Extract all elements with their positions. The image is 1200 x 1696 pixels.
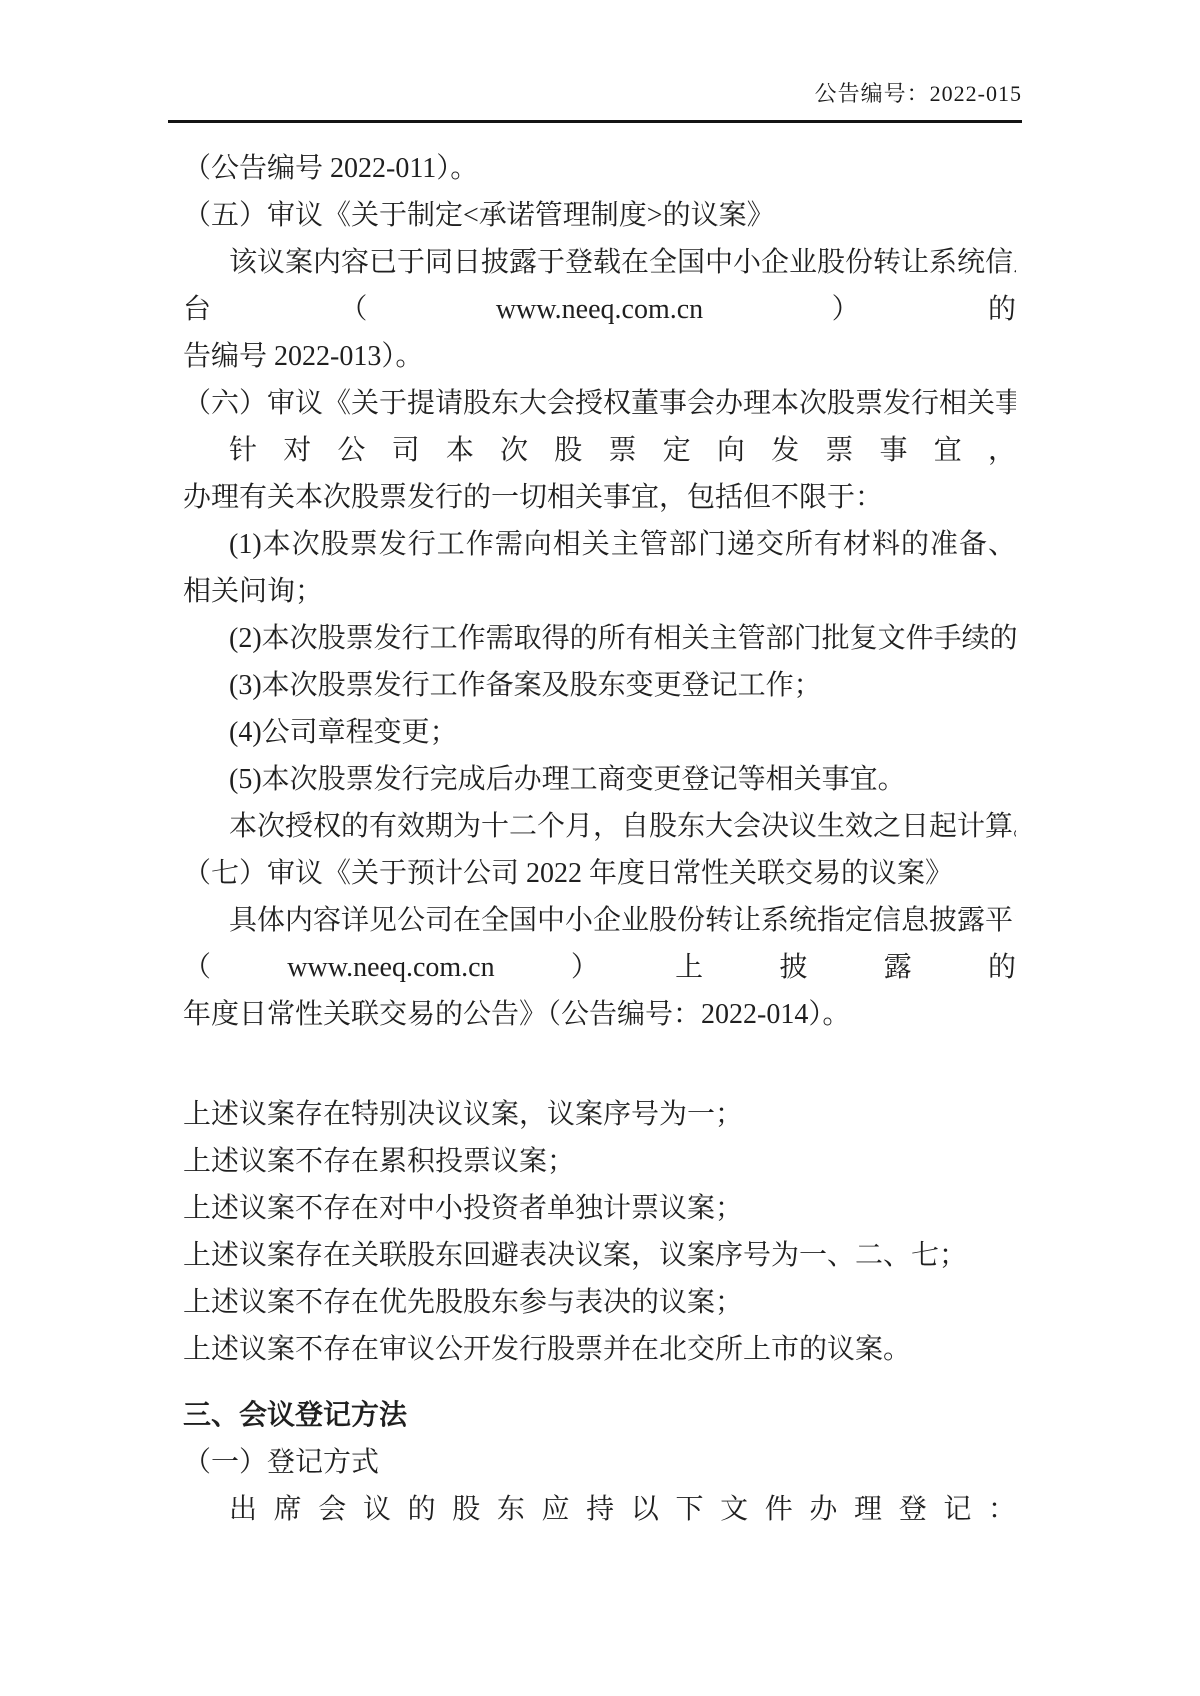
doc-line-3: 该议案内容已于同日披露于登载在全国中小企业股份转让系统信息披露平	[183, 239, 1016, 286]
doc-line-13: (4)公司章程变更；	[183, 709, 1016, 756]
doc-line-28: 出席会议的股东应持以下文件办理登记：自然人股东持本人身份证；由代理	[183, 1486, 1016, 1533]
doc-line-19: 年度日常性关联交易的公告》（公告编号：2022-014）。	[183, 991, 1016, 1038]
doc-line-6: （六）审议《关于提请股东大会授权董事会办理本次股票发行相关事宜的议案》	[183, 380, 1016, 427]
document-page: 公告编号：2022-015 （公告编号 2022-011）。 （五）审议《关于制…	[0, 0, 1200, 1696]
header-rule	[168, 120, 1022, 123]
doc-line-5: 告编号 2022-013）。	[183, 333, 1016, 380]
doc-line-4: 台（www.neeq.com.cn）的《河南秋乐种业科技股份有限公司承诺管理制度…	[183, 286, 1016, 333]
doc-line-20: 上述议案存在特别决议议案，议案序号为一；	[183, 1091, 1016, 1138]
doc-line-16: （七）审议《关于预计公司 2022 年度日常性关联交易的议案》	[183, 850, 1016, 897]
doc-line-24: 上述议案不存在优先股股东参与表决的议案；	[183, 1279, 1016, 1326]
announcement-number: 公告编号：2022-015	[815, 81, 1022, 106]
doc-line-7: 针对公司本次股票定向发票事宜，公司拟提请股东大会授权公司董事会全权	[183, 427, 1016, 474]
page-header: 公告编号：2022-015	[168, 80, 1022, 108]
doc-line-1: （公告编号 2022-011）。	[183, 145, 1016, 192]
doc-line-15: 本次授权的有效期为十二个月，自股东大会决议生效之日起计算。	[183, 803, 1016, 850]
doc-line-18: （www.neeq.com.cn）上披露的《河南秋乐种业科技股份有限公司关于预计…	[183, 944, 1016, 991]
doc-line-2: （五）审议《关于制定<承诺管理制度>的议案》	[183, 192, 1016, 239]
doc-line-25: 上述议案不存在审议公开发行股票并在北交所上市的议案。	[183, 1326, 1016, 1373]
doc-line-10: 相关问询；	[183, 568, 1016, 615]
doc-line-21: 上述议案不存在累积投票议案；	[183, 1138, 1016, 1185]
doc-line-27: （一）登记方式	[183, 1439, 1016, 1486]
doc-line-11: (2)本次股票发行工作需取得的所有相关主管部门批复文件手续的办理；	[183, 615, 1016, 662]
doc-line-8: 办理有关本次股票发行的一切相关事宜，包括但不限于：	[183, 474, 1016, 521]
doc-section-heading: 三、会议登记方法	[183, 1392, 1016, 1439]
doc-line-14: (5)本次股票发行完成后办理工商变更登记等相关事宜。	[183, 756, 1016, 803]
document-body: （公告编号 2022-011）。 （五）审议《关于制定<承诺管理制度>的议案》 …	[183, 145, 1016, 1533]
doc-line-22: 上述议案不存在对中小投资者单独计票议案；	[183, 1185, 1016, 1232]
doc-line-23: 上述议案存在关联股东回避表决议案，议案序号为一、二、七；	[183, 1232, 1016, 1279]
doc-line-17: 具体内容详见公司在全国中小企业股份转让系统指定信息披露平台	[183, 897, 1016, 944]
doc-line-9: (1)本次股票发行工作需向相关主管部门递交所有材料的准备、报审、回复	[183, 521, 1016, 568]
doc-line-12: (3)本次股票发行工作备案及股东变更登记工作；	[183, 662, 1016, 709]
